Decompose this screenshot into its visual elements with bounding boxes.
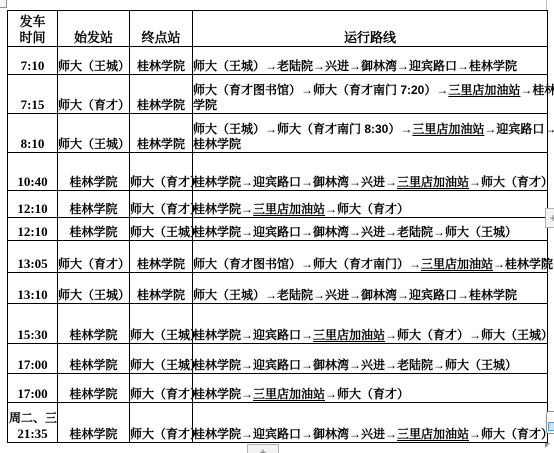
origin-cell: 师大（王城） [58,273,130,304]
clipboard-icon [548,422,554,431]
paste-options-button[interactable] [546,411,554,434]
table-row: 13:05师大（育才）桂林学院师大（育才图书馆）→师大（育才南门）→三里店加油站… [8,241,548,273]
table-row: 7:10师大（王城）桂林学院师大（王城）→老陆院→兴进→御林湾→迎宾路口→桂林学… [8,47,548,75]
bus-schedule-table: 发车时间始发站终点站运行路线 7:10师大（王城）桂林学院师大（王城）→老陆院→… [7,10,548,443]
destination-cell: 师大（王城） [130,344,193,374]
destination-cell: 师大（育才） [130,374,193,403]
route-text: 桂林学院→三里店加油站→师大（育才） [193,202,554,217]
add-row-button[interactable]: + [247,444,279,453]
route-text: 桂林学院→迎宾路口→御林湾→兴进→老陆院→师大（王城） [193,358,554,373]
destination-cell: 桂林学院 [130,241,193,273]
departure-time-cell: 7:10 [8,47,58,75]
departure-time-cell: 17:00 [8,374,58,403]
column-header-destination-station: 终点站 [130,11,193,47]
departure-time: 15:30 [8,327,57,343]
table-move-handle-icon[interactable] [0,0,7,8]
departure-time: 10:40 [8,174,57,190]
table-row: 17:00桂林学院师大（育才）桂林学院→三里店加油站→师大（育才） [8,374,548,403]
route-cell: 桂林学院→迎宾路口→御林湾→兴进→三里店加油站→师大（育才） [193,153,548,191]
departure-time: 17:00 [8,357,57,373]
route-text: 师大（育才图书馆）→师大（育才南门）→三里店加油站→桂林学院 [193,257,554,272]
origin-cell: 桂林学院 [58,218,130,241]
route-cell: 师大（育才图书馆）→师大（育才南门）→三里店加油站→桂林学院 [193,241,548,273]
origin-cell: 师大（育才） [58,241,130,273]
table-row: 7:15师大（育才）桂林学院师大（育才图书馆）→师大（育才南门 7:20）→三里… [8,75,548,114]
departure-time-cell: 周二、三21:35 [8,403,58,443]
route-cell: 桂林学院→迎宾路口→三里店加油站→师大（育才）→师大（王城） [193,304,548,344]
page-edge-divider [546,0,547,10]
route-cell: 师大（育才图书馆）→师大（育才南门 7:20）→三里店加油站→桂林学院 [193,75,548,114]
origin-cell: 师大（王城） [58,47,130,75]
table-row: 10:40桂林学院师大（育才）桂林学院→迎宾路口→御林湾→兴进→三里店加油站→师… [8,153,548,191]
route-text: 桂林学院→迎宾路口→御林湾→兴进→三里店加油站→师大（育才） [193,175,554,190]
origin-cell: 桂林学院 [58,191,130,218]
destination-cell: 师大（王城） [130,218,193,241]
route-cell: 师大（王城）→老陆院→兴进→御林湾→迎宾路口→桂林学院 [193,273,548,304]
table-header: 发车时间始发站终点站运行路线 [8,11,548,47]
route-cell: 师大（王城）→老陆院→兴进→御林湾→迎宾路口→桂林学院 [193,47,548,75]
departure-time: 8:10 [8,136,57,152]
destination-cell: 桂林学院 [130,114,193,153]
table-row: 15:30桂林学院师大（王城）桂林学院→迎宾路口→三里店加油站→师大（育才）→师… [8,304,548,344]
table-row: 12:10桂林学院师大（王城）桂林学院→迎宾路口→御林湾→兴进→老陆院→师大（王… [8,218,548,241]
origin-cell: 桂林学院 [58,304,130,344]
departure-time-cell: 12:10 [8,191,58,218]
route-cell: 桂林学院→迎宾路口→御林湾→兴进→老陆院→师大（王城） [193,344,548,374]
route-text: 桂林学院→迎宾路口→御林湾→兴进→老陆院→师大（王城） [193,225,554,240]
column-header-departure-time: 发车时间 [8,11,58,47]
route-cell: 桂林学院→三里店加油站→师大（育才） [193,191,548,218]
departure-time-cell: 13:10 [8,273,58,304]
table-row: 13:10师大（王城）桂林学院师大（王城）→老陆院→兴进→御林湾→迎宾路口→桂林… [8,273,548,304]
route-text: 师大（王城）→老陆院→兴进→御林湾→迎宾路口→桂林学院 [193,288,554,303]
origin-cell: 师大（育才） [58,75,130,114]
destination-cell: 桂林学院 [130,75,193,114]
destination-cell: 桂林学院 [130,273,193,304]
departure-time: 12:10 [8,224,57,240]
origin-cell: 桂林学院 [58,374,130,403]
header-row: 发车时间始发站终点站运行路线 [8,11,548,47]
route-cell: 桂林学院→三里店加油站→师大（育才） [193,374,548,403]
departure-time-cell: 7:15 [8,75,58,114]
route-cell: 桂林学院→迎宾路口→御林湾→兴进→老陆院→师大（王城） [193,218,548,241]
departure-time: 21:35 [8,426,57,442]
origin-cell: 桂林学院 [58,344,130,374]
destination-cell: 师大（育才） [130,153,193,191]
table-row: 周二、三21:35桂林学院师大（育才）桂林学院→迎宾路口→御林湾→兴进→三里店加… [8,403,548,443]
resize-corner-icon [545,443,550,448]
route-text: 桂林学院→三里店加油站→师大（育才） [193,387,554,402]
departure-time: 17:00 [8,386,57,402]
table-row: 12:10桂林学院师大（育才）桂林学院→三里店加油站→师大（育才） [8,191,548,218]
origin-cell: 师大（王城） [58,114,130,153]
departure-time-cell: 10:40 [8,153,58,191]
add-column-button[interactable]: + [545,208,554,228]
destination-cell: 师大（王城） [130,304,193,344]
route-text: 师大（王城）→老陆院→兴进→御林湾→迎宾路口→桂林学院 [193,59,554,74]
column-header-route: 运行路线 [193,11,548,47]
origin-cell: 桂林学院 [58,403,130,443]
route-text: 桂林学院→迎宾路口→三里店加油站→师大（育才）→师大（王城） [193,328,554,343]
route-cell: 桂林学院→迎宾路口→御林湾→兴进→三里店加油站→师大（育才） [193,403,548,443]
weekday-note: 周二、三 [8,409,57,426]
departure-time: 12:10 [8,201,57,217]
departure-time-cell: 17:00 [8,344,58,374]
column-header-origin-station: 始发站 [58,11,130,47]
departure-time: 13:10 [8,287,57,303]
destination-cell: 师大（育才） [130,403,193,443]
departure-time-cell: 8:10 [8,114,58,153]
table-row: 8:10师大（王城）桂林学院师大（王城）→师大（育才南门 8:30）→三里店加油… [8,114,548,153]
table-row: 17:00桂林学院师大（王城）桂林学院→迎宾路口→御林湾→兴进→老陆院→师大（王… [8,344,548,374]
destination-cell: 师大（育才） [130,191,193,218]
departure-time-cell: 12:10 [8,218,58,241]
departure-time-cell: 13:05 [8,241,58,273]
route-cell: 师大（王城）→师大（育才南门 8:30）→三里店加油站→迎宾路口→桂林学院 [193,114,548,153]
route-text: 师大（育才图书馆）→师大（育才南门 7:20）→三里店加油站→桂林学院 [193,83,554,113]
departure-time-cell: 15:30 [8,304,58,344]
table-body: 7:10师大（王城）桂林学院师大（王城）→老陆院→兴进→御林湾→迎宾路口→桂林学… [8,47,548,443]
route-text: 桂林学院→迎宾路口→御林湾→兴进→三里店加油站→师大（育才） [193,427,554,442]
destination-cell: 桂林学院 [130,47,193,75]
route-text: 师大（王城）→师大（育才南门 8:30）→三里店加油站→迎宾路口→桂林学院 [193,122,554,152]
departure-time: 7:15 [8,97,57,113]
origin-cell: 桂林学院 [58,153,130,191]
departure-time: 13:05 [8,256,57,272]
departure-time: 7:10 [8,58,57,74]
